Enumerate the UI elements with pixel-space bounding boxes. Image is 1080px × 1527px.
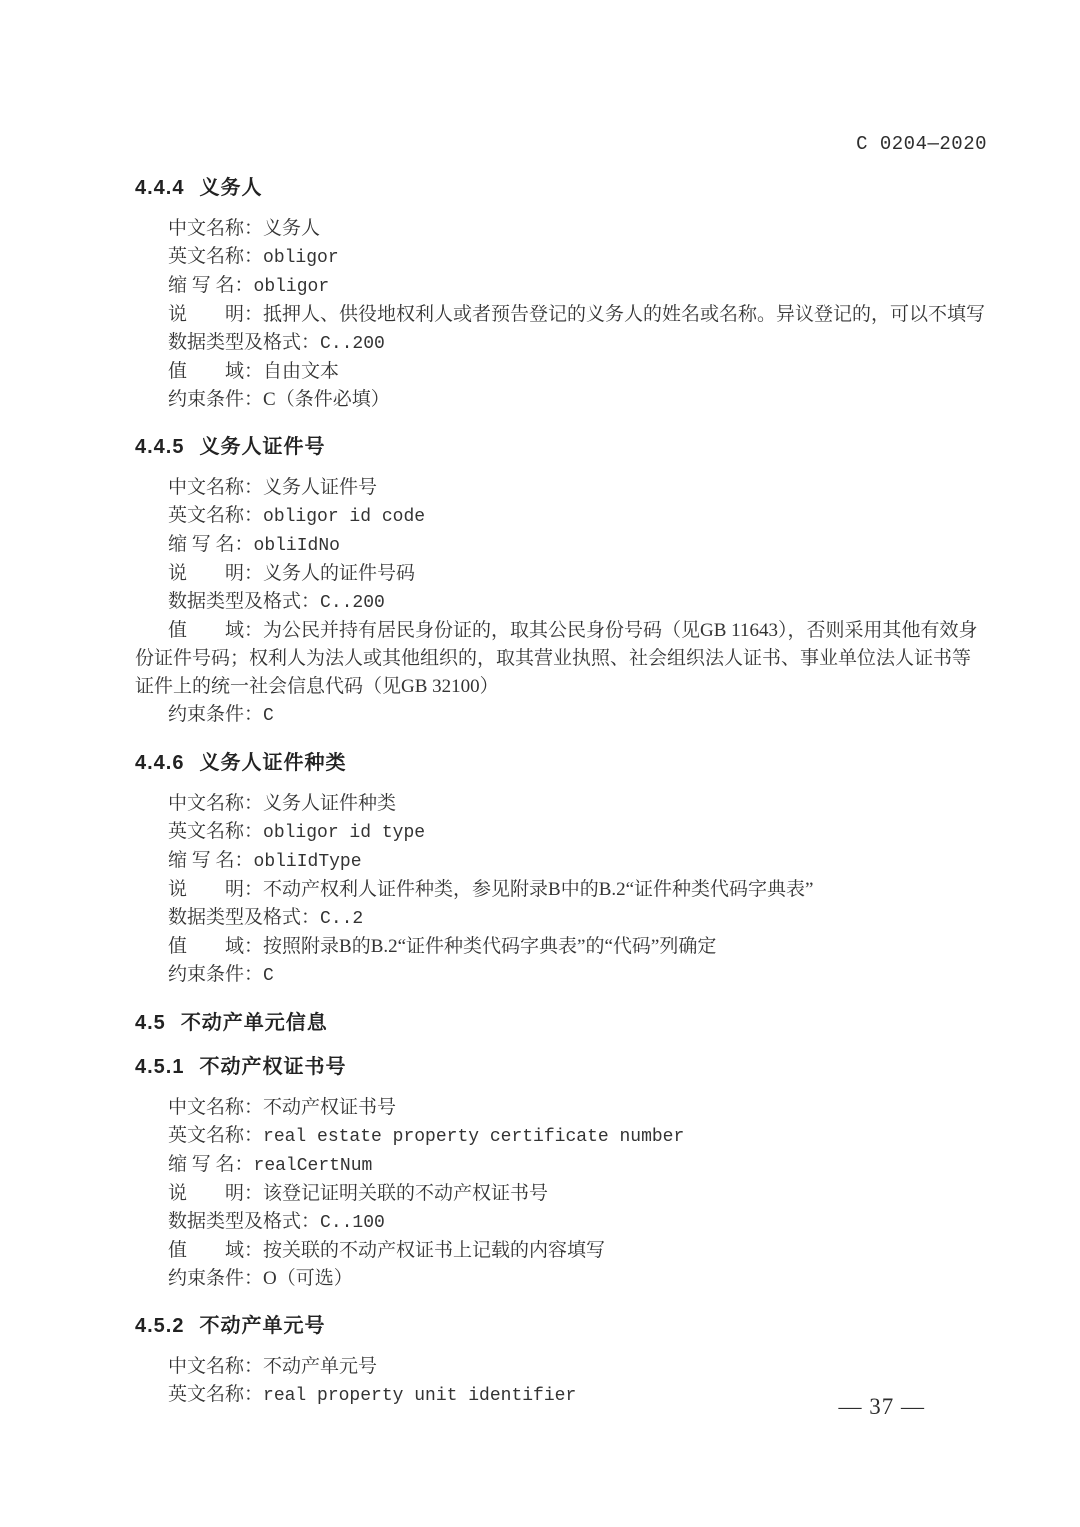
- field-label: 中文名称：: [168, 1356, 263, 1377]
- field-value: O（可选）: [263, 1268, 353, 1289]
- field-line: 英文名称：real estate property certificate nu…: [135, 1122, 987, 1151]
- field-label: 数据类型及格式：: [168, 1211, 320, 1232]
- section-heading: 4.5.1不动产权证书号: [135, 1056, 987, 1078]
- field-label: 缩 写 名：: [168, 275, 254, 296]
- field-value: 义务人证件号: [263, 477, 377, 498]
- field-value: C..100: [320, 1213, 385, 1233]
- field-label: 数据类型及格式：: [168, 591, 320, 612]
- section-title: 不动产单元号: [199, 1315, 325, 1337]
- field-value: obligor id type: [263, 823, 425, 843]
- field-line: 说 明：该登记证明关联的不动产权证书号: [135, 1180, 987, 1208]
- field-value: C..200: [320, 334, 385, 354]
- field-line: 数据类型及格式：C..200: [135, 588, 987, 617]
- field-line: 缩 写 名：obliIdType: [135, 847, 987, 876]
- field-value: obliIdNo: [254, 536, 340, 556]
- document-content: C 0204—2020 4.4.4义务人中文名称：义务人英文名称：obligor…: [135, 133, 987, 1410]
- field-label: 值 域：: [168, 361, 263, 382]
- section-title: 义务人证件号: [199, 436, 325, 458]
- field-value: 抵押人、供役地权利人或者预告登记的义务人的姓名或名称。异议登记的，可以不填写: [263, 304, 985, 325]
- field-line: 中文名称：义务人证件种类: [135, 790, 987, 818]
- field-line: 值 域：为公民并持有居民身份证的，取其公民身份号码（见GB 11643），否则采…: [135, 617, 987, 701]
- section-4.4.6: 4.4.6义务人证件种类中文名称：义务人证件种类英文名称：obligor id …: [135, 752, 987, 990]
- field-line: 英文名称：obligor id type: [135, 818, 987, 847]
- field-line: 英文名称：obligor: [135, 243, 987, 272]
- field-label: 英文名称：: [168, 1125, 263, 1146]
- field-label: 说 明：: [168, 304, 263, 325]
- field-label: 约束条件：: [168, 1268, 263, 1289]
- section-number: 4.5.2: [135, 1315, 184, 1337]
- field-value: C（条件必填）: [263, 389, 390, 410]
- field-value: 不动产权证书号: [263, 1097, 396, 1118]
- section-title: 不动产权证书号: [199, 1056, 346, 1078]
- field-label: 缩 写 名：: [168, 850, 254, 871]
- field-value: C..200: [320, 593, 385, 613]
- section-heading: 4.5不动产单元信息: [135, 1012, 987, 1034]
- field-line: 数据类型及格式：C..200: [135, 329, 987, 358]
- field-line: 英文名称：obligor id code: [135, 502, 987, 531]
- section-4.4.4: 4.4.4义务人中文名称：义务人英文名称：obligor缩 写 名：obligo…: [135, 177, 987, 414]
- field-value: obligor: [254, 277, 330, 297]
- field-line: 中文名称：义务人: [135, 215, 987, 243]
- field-label: 中文名称：: [168, 1097, 263, 1118]
- field-line: 值 域：按关联的不动产权证书上记载的内容填写: [135, 1237, 987, 1265]
- field-label: 约束条件：: [168, 704, 263, 725]
- field-label: 英文名称：: [168, 246, 263, 267]
- field-label: 英文名称：: [168, 505, 263, 526]
- section-number: 4.4.6: [135, 752, 184, 774]
- field-label: 值 域：: [168, 620, 263, 641]
- field-label: 中文名称：: [168, 477, 263, 498]
- field-value: real property unit identifier: [263, 1386, 576, 1406]
- section-title: 不动产单元信息: [181, 1012, 328, 1034]
- field-line: 说 明：义务人的证件号码: [135, 560, 987, 588]
- field-label: 说 明：: [168, 1183, 263, 1204]
- field-line: 说 明：抵押人、供役地权利人或者预告登记的义务人的姓名或名称。异议登记的，可以不…: [135, 301, 987, 329]
- section-number: 4.4.5: [135, 436, 184, 458]
- field-label: 英文名称：: [168, 821, 263, 842]
- section-title: 义务人: [199, 177, 262, 199]
- field-label: 说 明：: [168, 879, 263, 900]
- field-line: 缩 写 名：obligor: [135, 272, 987, 301]
- section-heading: 4.4.5义务人证件号: [135, 436, 987, 458]
- section-title: 义务人证件种类: [199, 752, 346, 774]
- field-label: 中文名称：: [168, 793, 263, 814]
- section-heading: 4.4.4义务人: [135, 177, 987, 199]
- section-4.4.5: 4.4.5义务人证件号中文名称：义务人证件号英文名称：obligor id co…: [135, 436, 987, 730]
- field-line: 数据类型及格式：C..100: [135, 1208, 987, 1237]
- field-value: 不动产权利人证件种类，参见附录B中的B.2“证件种类代码字典表”: [263, 879, 813, 900]
- page-number: — 37 —: [839, 1394, 926, 1420]
- field-line: 缩 写 名：realCertNum: [135, 1151, 987, 1180]
- field-label: 数据类型及格式：: [168, 907, 320, 928]
- field-line: 说 明：不动产权利人证件种类，参见附录B中的B.2“证件种类代码字典表”: [135, 876, 987, 904]
- field-line: 约束条件：O（可选）: [135, 1265, 987, 1293]
- document-page: C 0204—2020 4.4.4义务人中文名称：义务人英文名称：obligor…: [0, 0, 1080, 1527]
- field-value: 自由文本: [263, 361, 339, 382]
- field-line: 值 域：按照附录B的B.2“证件种类代码字典表”的“代码”列确定: [135, 933, 987, 961]
- field-value: C: [263, 706, 274, 726]
- field-value: obligor id code: [263, 507, 425, 527]
- field-value: 按照附录B的B.2“证件种类代码字典表”的“代码”列确定: [263, 936, 716, 957]
- field-line: 约束条件：C: [135, 961, 987, 990]
- field-value: C: [263, 966, 274, 986]
- section-4.5.1: 4.5.1不动产权证书号中文名称：不动产权证书号英文名称：real estate…: [135, 1056, 987, 1293]
- field-label: 缩 写 名：: [168, 534, 254, 555]
- section-number: 4.4.4: [135, 177, 184, 199]
- field-value: 该登记证明关联的不动产权证书号: [263, 1183, 548, 1204]
- field-line: 值 域：自由文本: [135, 358, 987, 386]
- field-value: 按关联的不动产权证书上记载的内容填写: [263, 1240, 605, 1261]
- field-value: real estate property certificate number: [263, 1127, 684, 1147]
- section-number: 4.5.1: [135, 1056, 184, 1078]
- section-4.5: 4.5不动产单元信息: [135, 1012, 987, 1034]
- field-value: 义务人: [263, 218, 320, 239]
- field-label: 约束条件：: [168, 389, 263, 410]
- field-label: 说 明：: [168, 563, 263, 584]
- field-label: 值 域：: [168, 936, 263, 957]
- field-label: 数据类型及格式：: [168, 332, 320, 353]
- field-value: obliIdType: [254, 852, 362, 872]
- field-line: 中文名称：义务人证件号: [135, 474, 987, 502]
- field-line: 约束条件：C（条件必填）: [135, 386, 987, 414]
- section-heading: 4.5.2不动产单元号: [135, 1315, 987, 1337]
- field-label: 值 域：: [168, 1240, 263, 1261]
- field-value: C..2: [320, 909, 363, 929]
- field-line: 中文名称：不动产权证书号: [135, 1094, 987, 1122]
- field-line: 数据类型及格式：C..2: [135, 904, 987, 933]
- field-label: 约束条件：: [168, 964, 263, 985]
- field-label: 缩 写 名：: [168, 1154, 254, 1175]
- doc-code: C 0204—2020: [135, 133, 987, 155]
- field-line: 约束条件：C: [135, 701, 987, 730]
- field-line: 缩 写 名：obliIdNo: [135, 531, 987, 560]
- field-label: 中文名称：: [168, 218, 263, 239]
- field-value: 义务人的证件号码: [263, 563, 415, 584]
- field-value: realCertNum: [254, 1156, 373, 1176]
- field-value: 义务人证件种类: [263, 793, 396, 814]
- field-label: 英文名称：: [168, 1384, 263, 1405]
- section-heading: 4.4.6义务人证件种类: [135, 752, 987, 774]
- section-number: 4.5: [135, 1012, 166, 1034]
- field-line: 中文名称：不动产单元号: [135, 1353, 987, 1381]
- field-value: 不动产单元号: [263, 1356, 377, 1377]
- field-value: obligor: [263, 248, 339, 268]
